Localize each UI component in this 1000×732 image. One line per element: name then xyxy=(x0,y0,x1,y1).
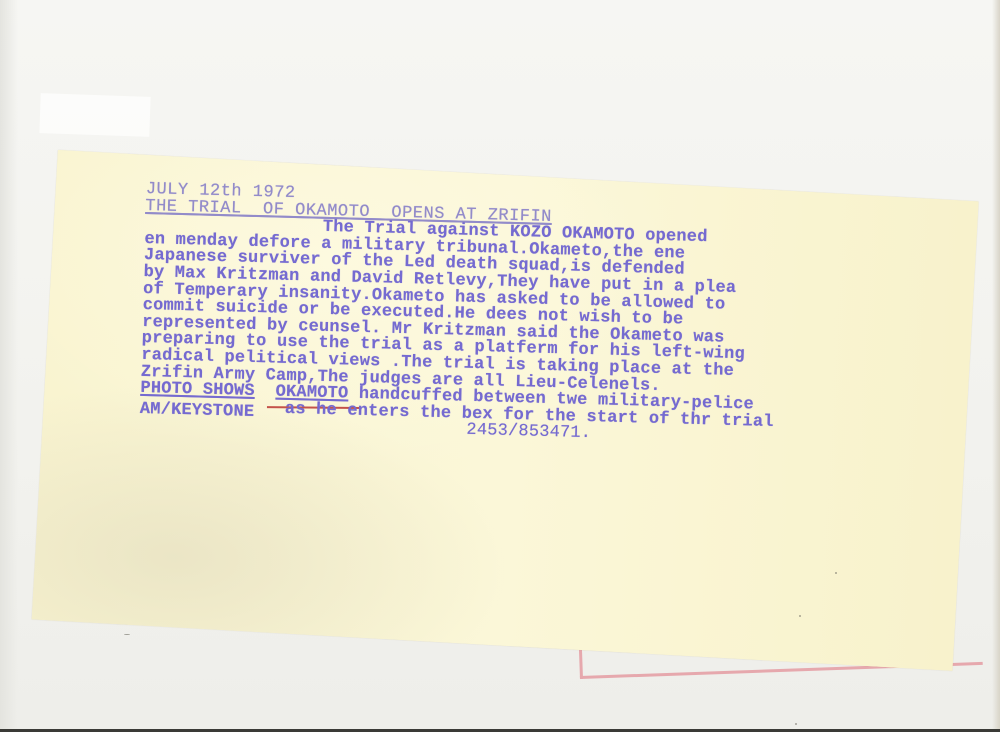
print-right-edge xyxy=(992,0,1000,732)
reference-number: 2453/853471. xyxy=(466,423,591,443)
dust-speck xyxy=(124,634,130,635)
print-left-shadow xyxy=(0,0,18,732)
dust-speck xyxy=(835,572,837,574)
tape-residue xyxy=(39,93,150,137)
dust-speck xyxy=(795,723,797,725)
dust-speck xyxy=(799,615,801,617)
typewritten-caption: JULY 12th 1972 THE TRIAL OF OKAMOTO OPEN… xyxy=(139,182,925,452)
